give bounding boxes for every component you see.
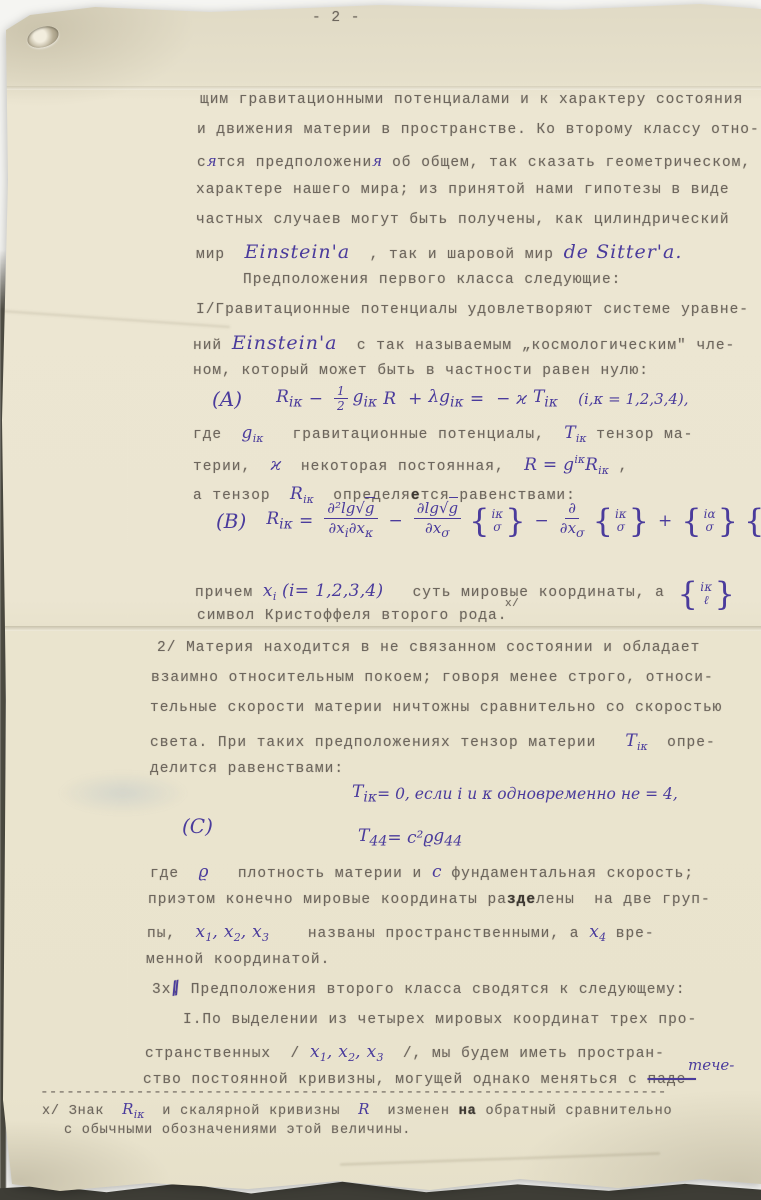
minus-sign: − xyxy=(309,389,323,409)
formula-term: Tiκ xyxy=(533,387,558,410)
fraction: ∂²lg√g∂xi∂xκ xyxy=(324,500,377,541)
minus-sign: − xyxy=(535,511,549,531)
equals-sign: = xyxy=(299,511,313,531)
inline-formula-rik: Riκ xyxy=(122,1100,144,1118)
typed-text: обратный сравнительно xyxy=(477,1104,673,1119)
handwritten-correction: я xyxy=(207,152,217,170)
christoffel-symbol: {iκσ} xyxy=(469,505,525,537)
overlap-seam xyxy=(0,626,761,631)
formula-term: g44 xyxy=(433,826,462,849)
formula-A: (A) Riκ − 12 giκ R + λgiκ = − ϰ Tiκ (i,κ… xyxy=(212,385,689,412)
typed-line-with-correction: приэтом конечно мировые координаты разде… xyxy=(148,892,711,908)
typed-line: менной координатой. xyxy=(146,952,330,968)
typed-text: приэтом конечно мировые координаты ра xyxy=(148,892,507,908)
ink-smudge xyxy=(58,772,188,814)
typed-text: некоторая постоянная, xyxy=(282,459,525,475)
typed-text: х/ Знак xyxy=(42,1104,122,1119)
overtyped-correction: на xyxy=(459,1104,477,1119)
typed-text: /, мы будем иметь простран- xyxy=(383,1046,664,1062)
handwritten-de-sitter: de Sitter'a. xyxy=(564,241,683,263)
typed-line-with-names: мир Einstein'a , так и шаровой мир de Si… xyxy=(196,241,682,263)
typed-line: I.По выделении из четырех мировых коорди… xyxy=(183,1012,697,1028)
formula-B: (B) Riκ = ∂²lg√g∂xi∂xκ − ∂lg√g∂xσ {iκσ} … xyxy=(216,500,761,541)
formula-term: = c²ϱ xyxy=(387,828,433,848)
christoffel-symbol: {κσα} xyxy=(744,505,761,537)
formula-term: R xyxy=(383,389,396,409)
footnote-separator: ----------------------------------------… xyxy=(40,1085,667,1101)
plus-sign: + xyxy=(658,511,672,531)
formula-b-label: (B) xyxy=(216,509,246,533)
fold-crease-top xyxy=(0,86,761,90)
typed-line-with-scribble: 3х//. Предположения второго класса сводя… xyxy=(152,982,686,998)
typed-text: вре- xyxy=(606,926,655,942)
fraction: ∂lg√g∂xσ xyxy=(414,500,461,541)
typed-text: опре- xyxy=(648,735,716,751)
typed-line-with-correction: сятся предположения об общем, так сказат… xyxy=(197,152,751,171)
punch-hole xyxy=(25,23,62,52)
typed-line-with-formula: терии, ϰ некоторая постоянная, R = giκRi… xyxy=(193,453,628,477)
minus-sign: − xyxy=(496,389,510,409)
formula-term: Riκ xyxy=(276,387,303,410)
typed-line: характере нашего мира; из принятой нами … xyxy=(196,182,730,198)
typed-text: , так и шаровой мир xyxy=(350,247,563,263)
typed-line: 2/ Материя находится в не связанном сост… xyxy=(157,640,700,656)
typed-line: Предположения первого класса следующие: xyxy=(243,272,621,288)
typed-line-with-formula: причем xi (i= 1,2,3,4) суть мировые коор… xyxy=(195,578,738,610)
fraction: ∂∂xσ xyxy=(560,500,585,541)
typed-text: странственных / xyxy=(145,1046,310,1062)
typed-line: щим гравитационными потенциалами и к хар… xyxy=(200,92,743,108)
typed-text: названы пространственными, а xyxy=(269,926,589,942)
typed-text: с так называемым „космологическим" чле- xyxy=(338,338,736,354)
typed-text: об общем, так сказать геометрическом, xyxy=(382,155,751,171)
inline-formula-rho: ϱ xyxy=(199,862,209,882)
inline-formula-r: R xyxy=(358,1100,370,1118)
typed-line-with-name: ний Einstein'a с так называемым „космоло… xyxy=(193,332,735,354)
formula-C-line2: T44 = c²ϱ g44 xyxy=(358,826,462,849)
formula-term: giκ xyxy=(353,387,378,410)
christoffel-symbol: {iκσ} xyxy=(593,505,649,537)
inline-formula-x123: x1, x2, x3 xyxy=(196,922,270,942)
inline-formula-tik: Tiκ xyxy=(564,423,586,443)
formula-c-label: (C) xyxy=(182,814,247,838)
typed-line-with-formula: пы, x1, x2, x3 названы пространственными… xyxy=(147,922,655,944)
inline-formula-x4: x4 xyxy=(589,922,606,942)
typed-text: изменен xyxy=(370,1104,459,1119)
handwritten-einstein: Einstein'a xyxy=(232,332,338,354)
typed-line: делится равенствами: xyxy=(150,761,344,777)
condition-text: = 0, если i и κ одновременно не = 4, xyxy=(377,785,678,803)
typed-text: терии, xyxy=(193,459,271,475)
typed-text: гравитационные потенциалы, xyxy=(263,427,564,443)
typed-text: ний xyxy=(193,338,232,354)
inline-formula-xi: xi (i= 1,2,3,4) xyxy=(263,581,384,601)
typed-line: взаимно относительным покоем; говоря мен… xyxy=(151,670,714,686)
typed-line: частных случаев могут быть получены, как… xyxy=(196,212,730,228)
typed-text: причем xyxy=(195,585,263,601)
formula-a-label: (A) xyxy=(212,387,242,411)
formula-term: ϰ xyxy=(516,389,527,409)
minus-sign: − xyxy=(389,511,403,531)
overtyped-correction: зде xyxy=(507,892,536,908)
inline-formula-x123: x1, x2, x3 xyxy=(310,1042,384,1062)
formula-C-line1: Tiκ = 0, если i и κ одновременно не = 4, xyxy=(352,782,678,805)
inline-formula-kappa: ϰ xyxy=(271,455,282,475)
typed-text: плотность материи и xyxy=(209,866,432,882)
typed-line-with-formula: где ϱ плотность материи и c фундаменталь… xyxy=(150,862,694,882)
typed-line-with-formula: странственных / x1, x2, x3 /, мы будем и… xyxy=(145,1042,665,1064)
typed-line-with-formula: света. При таких предположениях тензор м… xyxy=(150,731,716,753)
typed-text: пы, xyxy=(147,926,196,942)
crease xyxy=(340,1152,660,1165)
typed-text: 3 xyxy=(152,982,162,998)
inline-formula-scalar-r: R = giκRiκ xyxy=(524,455,609,475)
typed-text: где xyxy=(193,427,242,443)
page-number: - 2 - xyxy=(312,10,361,26)
typed-text: суть мировые координаты, а xyxy=(383,585,674,601)
formula-term: Riκ xyxy=(266,509,293,532)
christoffel-symbol: {iκℓ} xyxy=(678,578,736,610)
typed-text: тся предположени xyxy=(217,155,372,171)
typed-text: мир xyxy=(196,247,245,263)
typed-text: с xyxy=(197,155,207,171)
typed-text: лены на две груп- xyxy=(536,892,711,908)
handwritten-einstein: Einstein'a xyxy=(245,241,351,263)
formula-term: T44 xyxy=(358,826,387,849)
typed-line: ном, который может быть в частности раве… xyxy=(193,363,649,379)
footnote-line: х/ Знак Riκ и скалярной кривизны R измен… xyxy=(42,1100,672,1121)
christoffel-symbol: {iασ} xyxy=(681,505,738,537)
scribbled-character: х// xyxy=(162,982,172,998)
typed-text: фундаментальная скорость; xyxy=(442,866,694,882)
paper-sheet: - 2 - щим гравитационными потенциалами и… xyxy=(0,0,761,1200)
document-scan: - 2 - щим гравитационными потенциалами и… xyxy=(0,0,761,1200)
handwritten-correction: я xyxy=(372,152,382,170)
formula-term: λgiκ xyxy=(428,387,463,410)
typed-line-with-formula: где giκ гравитационные потенциалы, Tiκ т… xyxy=(193,423,693,445)
typed-line: и движения материи в пространстве. Ко вт… xyxy=(197,122,760,138)
typed-text: . Предположения второго класса сводятся … xyxy=(171,982,685,998)
paper-wrap: - 2 - щим гравитационными потенциалами и… xyxy=(0,0,761,1200)
typed-text: света. При таких предположениях тензор м… xyxy=(150,735,625,751)
footnote-line: с обычными обозначениями этой величины. xyxy=(64,1123,411,1138)
typed-line: символ Кристоффеля второго рода. xyxy=(197,608,507,624)
inline-formula-gik: giκ xyxy=(242,423,264,443)
typed-text: где xyxy=(150,866,199,882)
inline-formula-c: c xyxy=(432,862,442,882)
equals-sign: = xyxy=(470,389,484,409)
plus-sign: + xyxy=(408,389,422,409)
typed-text: , xyxy=(609,459,628,475)
index-range: (i,κ = 1,2,3,4), xyxy=(578,390,688,408)
typed-line: тельные скорости материи ничтожны сравни… xyxy=(150,700,722,716)
inline-formula-tik: Tiκ xyxy=(625,731,647,751)
typed-text: и скалярной кривизны xyxy=(144,1104,358,1119)
formula-term: Tiκ xyxy=(352,782,377,805)
typed-text: тензор ма- xyxy=(587,427,694,443)
typed-line: I/Гравитационные потенциалы удовлетворяю… xyxy=(196,302,749,318)
fraction-half: 12 xyxy=(334,385,348,412)
